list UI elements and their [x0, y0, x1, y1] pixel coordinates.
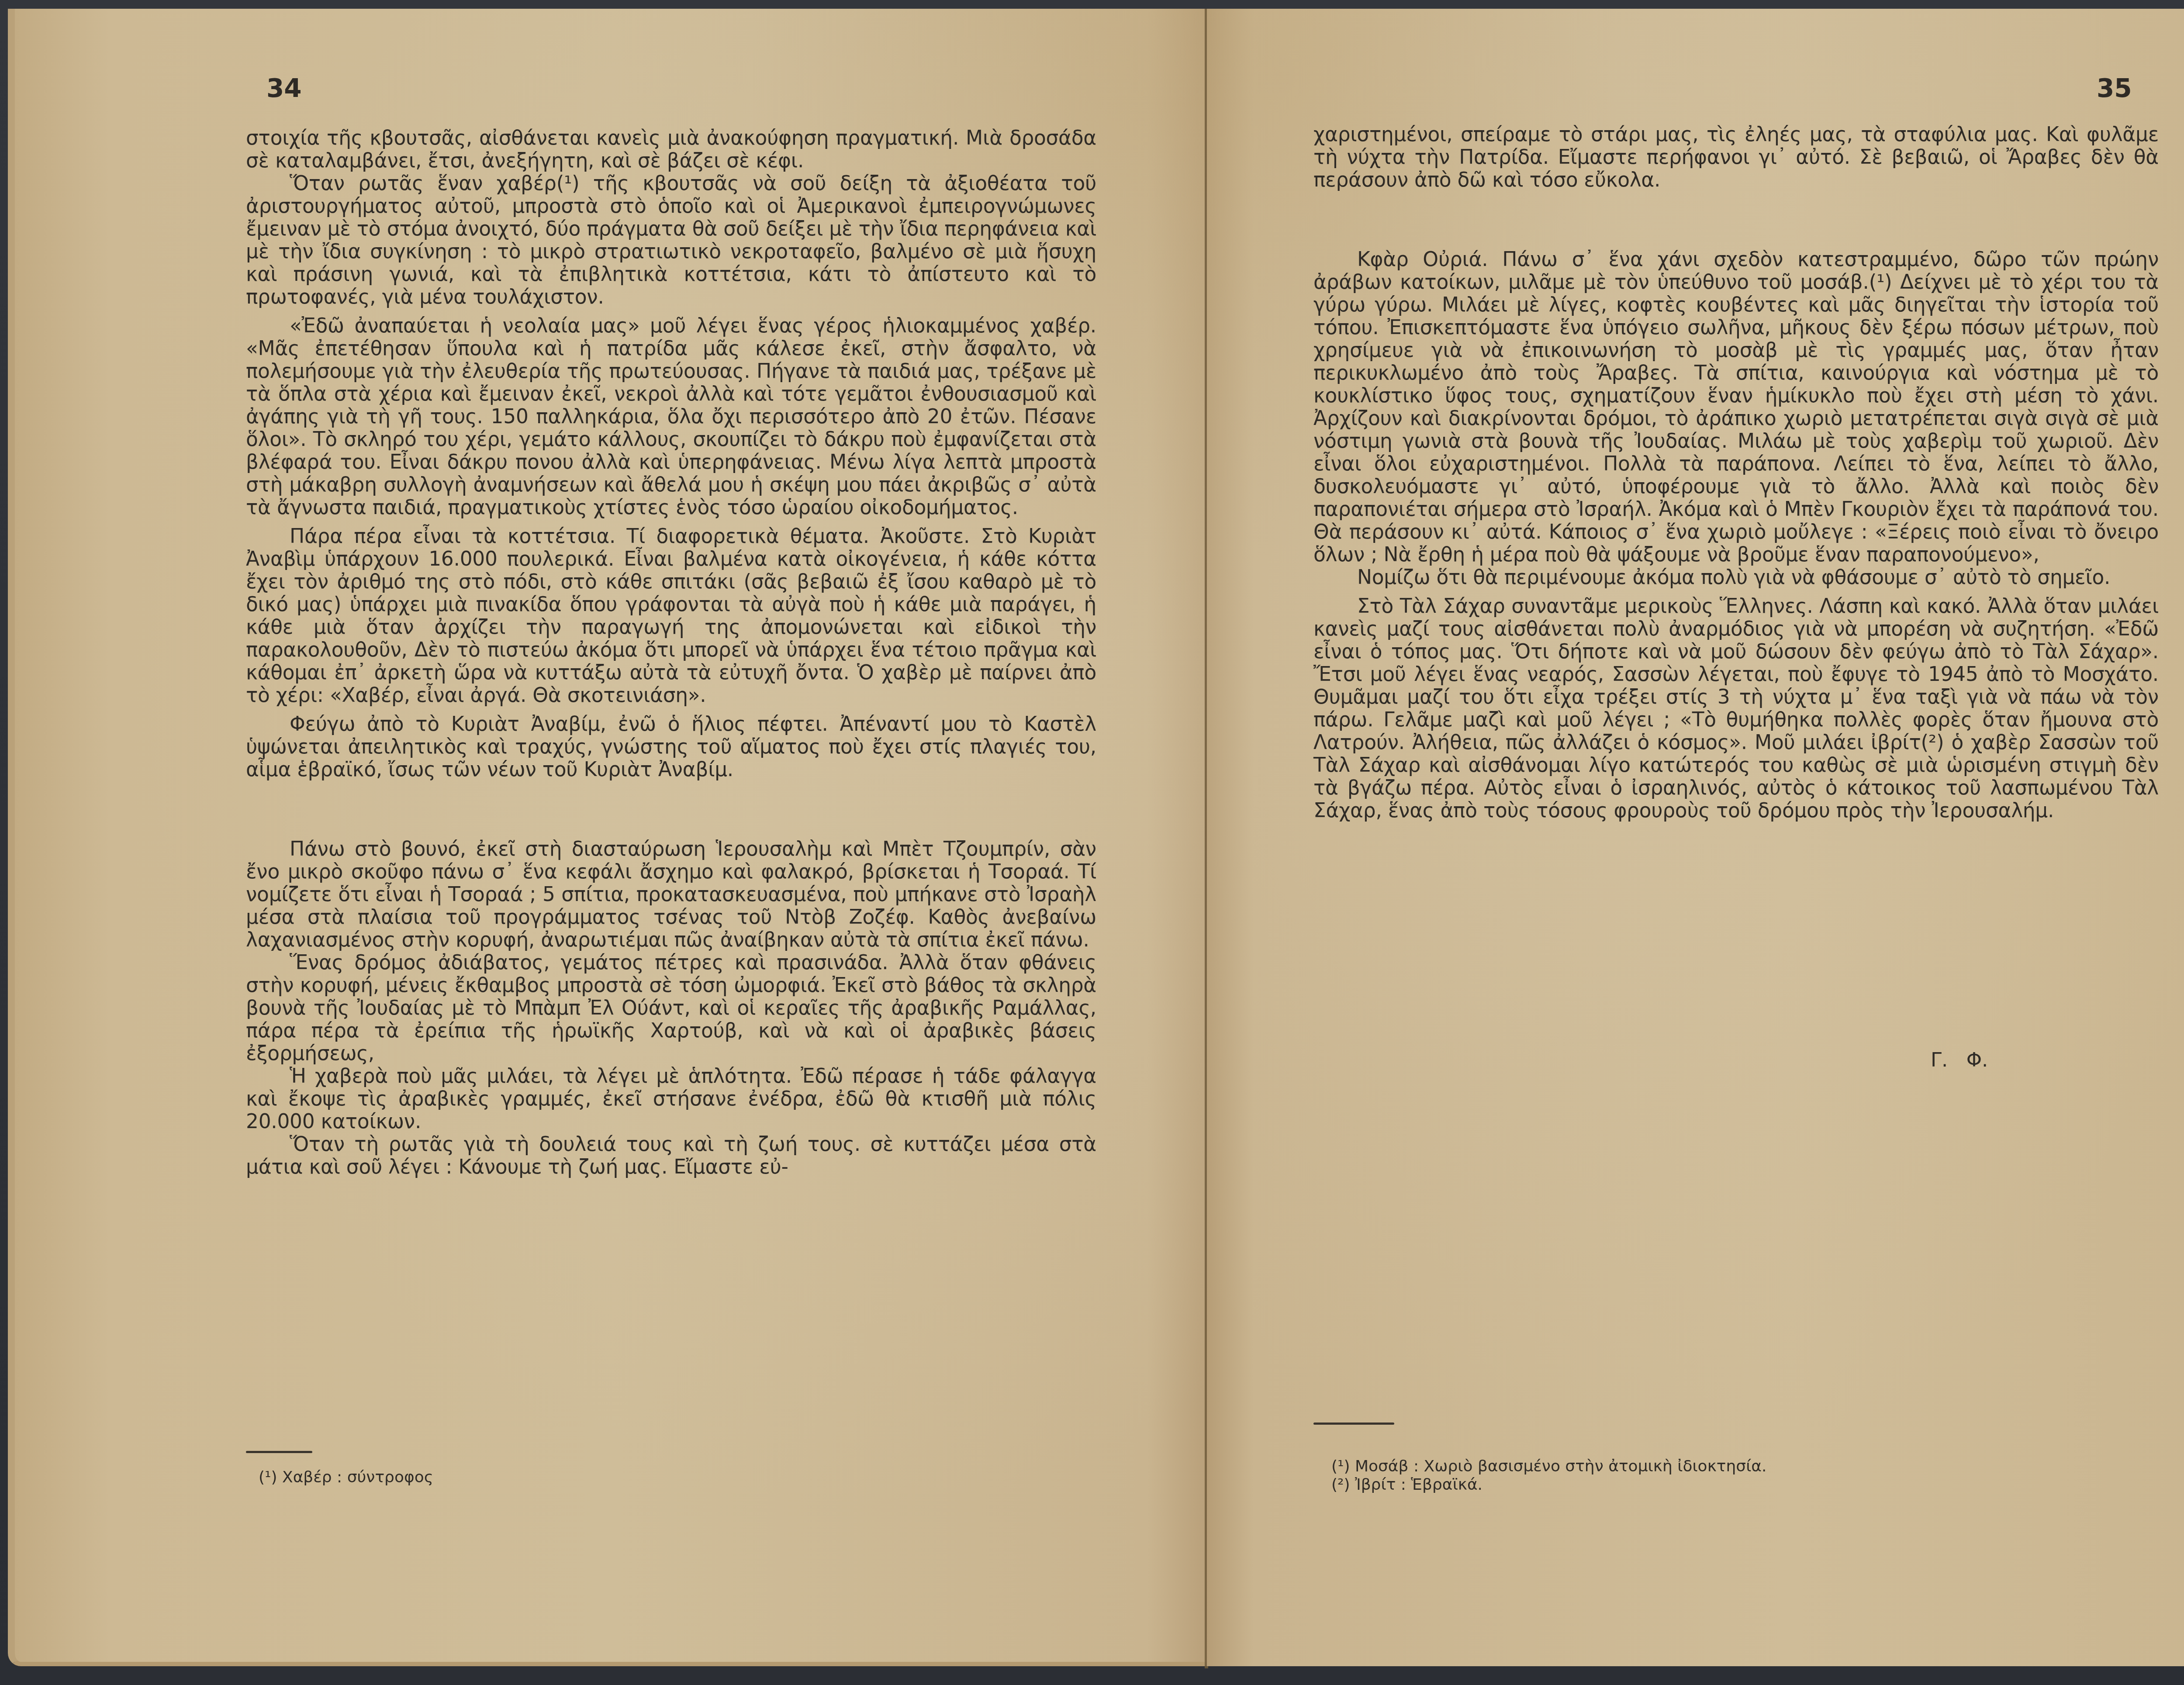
footnote-divider-left [246, 1451, 312, 1453]
footnote: (¹) Χαβέρ : σύντροφος [259, 1468, 433, 1487]
paragraph: Ὅταν ρωτᾶς ἕναν χαβέρ(¹) τῆς κβουτσᾶς νὰ… [246, 172, 1096, 308]
paragraph: στοιχία τῆς κβουτσᾶς, αἰσθάνεται κανεὶς … [246, 127, 1096, 172]
paragraph: Νομίζω ὅτι θὰ περιμένουμε ἀκόμα πολὺ γιὰ… [1313, 566, 2159, 589]
footnote-divider-right [1313, 1423, 1394, 1425]
paragraph: Ὅταν τὴ ρωτᾶς γιὰ τὴ δουλειά τους καὶ τὴ… [246, 1133, 1096, 1178]
paragraph: Κφὰρ Οὐριά. Πάνω σ᾿ ἕνα χάνι σχεδὸν κατε… [1313, 248, 2159, 566]
book-spread: 34 στοιχία τῆς κβουτσᾶς, αἰσθάνεται κανε… [0, 0, 2184, 1685]
paragraph: Πάρα πέρα εἶναι τὰ κοττέτσια. Τί διαφορε… [246, 525, 1096, 707]
footnote: (²) Ἰβρίτ : Ἑβραϊκά. [1331, 1476, 1767, 1494]
paragraph: Ἕνας δρόμος ἀδιάβατος, γεμάτος πέτρες κα… [246, 951, 1096, 1065]
paragraph: χαριστημένοι, σπείραμε τὸ στάρι μας, τὶς… [1313, 123, 2159, 191]
footnote: (¹) Μοσάβ : Χωριὸ βασισμένο στὴν ἀτομικὴ… [1331, 1457, 1767, 1476]
paragraph: Στὸ Τὰλ Σάχαρ συναντᾶμε μερικοὺς Ἕλληνες… [1313, 595, 2159, 822]
footnotes-right: (¹) Μοσάβ : Χωριὸ βασισμένο στὴν ἀτομικὴ… [1331, 1457, 1767, 1494]
paragraph: «Ἐδῶ ἀναπαύεται ἡ νεολαία μας» μοῦ λέγει… [246, 314, 1096, 519]
page-number-left: 34 [266, 73, 302, 103]
paragraph: Πάνω στὸ βουνό, ἐκεῖ στὴ διασταύρωση Ἱερ… [246, 838, 1096, 951]
paragraph: Φεύγω ἀπὸ τὸ Κυριὰτ Ἀναβίμ, ἐνῶ ὁ ἥλιος … [246, 713, 1096, 781]
left-page-body: στοιχία τῆς κβουτσᾶς, αἰσθάνεται κανεὶς … [246, 127, 1096, 1178]
author-signature: Γ. Φ. [1931, 1048, 1988, 1071]
footnotes-left: (¹) Χαβέρ : σύντροφος [259, 1468, 433, 1487]
paragraph: Ἡ χαβερὰ ποὺ μᾶς μιλάει, τὰ λέγει μὲ ἁπλ… [246, 1065, 1096, 1133]
page-number-right: 35 [2097, 73, 2132, 103]
right-page-body: χαριστημένοι, σπείραμε τὸ στάρι μας, τὶς… [1313, 123, 2159, 822]
